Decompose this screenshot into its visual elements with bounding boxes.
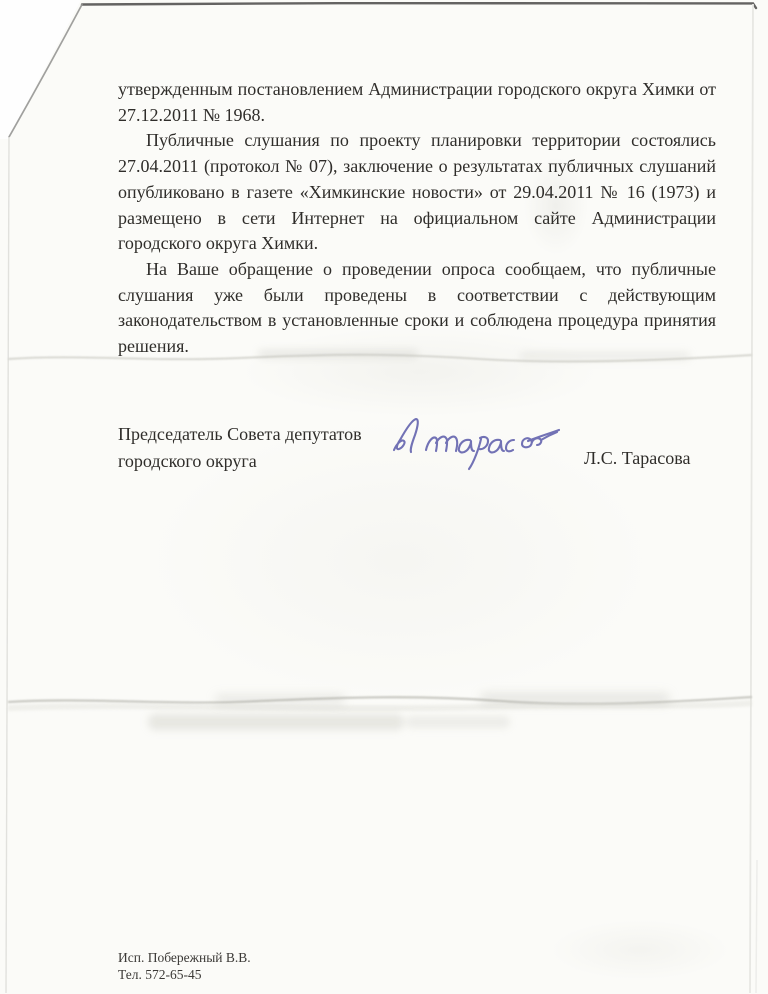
body-line: слушания уже были проведены в соответств… xyxy=(118,283,716,309)
paper-right-edge xyxy=(750,4,753,993)
fold-crease-lower-line xyxy=(8,697,752,704)
signer-title-line2: городского округа xyxy=(118,448,418,475)
paper-corner-edge xyxy=(9,5,82,138)
body-line: решения. xyxy=(118,334,716,360)
executor-phone: Тел. 572-65-45 xyxy=(118,967,251,984)
executor-name: Исп. Побережный В.В. xyxy=(118,950,251,967)
bleedthrough-smudge xyxy=(406,716,510,728)
bleedthrough-smudge xyxy=(215,695,345,704)
body-line: законодательством в установленные сроки … xyxy=(118,308,716,334)
signer-title: Председатель Совета депутатов городского… xyxy=(118,421,418,475)
body-line: 27.12.2011 № 1968. xyxy=(118,103,716,129)
executor-footer: Исп. Побережный В.В. Тел. 572-65-45 xyxy=(118,950,251,983)
body-line: Публичные слушания по проекту планировки… xyxy=(118,128,716,154)
letter-body: утвержденным постановлением Администраци… xyxy=(118,77,716,360)
bleedthrough-smudge xyxy=(480,693,670,704)
body-line: утвержденным постановлением Администраци… xyxy=(118,77,716,103)
signer-name: Л.С. Тарасова xyxy=(584,448,690,469)
bleedthrough-smudge xyxy=(148,714,404,730)
paper-top-edge xyxy=(82,3,756,8)
body-line: городского округа Химки. xyxy=(118,231,716,257)
body-line: опубликовано в газете «Химкинские новост… xyxy=(118,180,716,206)
fold-crease-lower-shadow xyxy=(8,703,752,708)
handwritten-signature xyxy=(388,409,566,479)
scanned-document-page: утвержденным постановлением Администраци… xyxy=(0,0,768,994)
paper-right-edge-shadow xyxy=(756,860,757,993)
fold-crease-lower xyxy=(8,696,752,704)
fold-crease-upper-shadow xyxy=(8,360,752,363)
body-line: размещено в сети Интернет на официальном… xyxy=(118,206,716,232)
body-line: 27.04.2011 (протокол № 07), заключение о… xyxy=(118,154,716,180)
signer-title-line1: Председатель Совета депутатов xyxy=(118,421,418,448)
paper-left-edge xyxy=(6,137,9,993)
page-corner-fold xyxy=(0,0,81,139)
body-line: На Ваше обращение о проведении опроса со… xyxy=(118,257,716,283)
